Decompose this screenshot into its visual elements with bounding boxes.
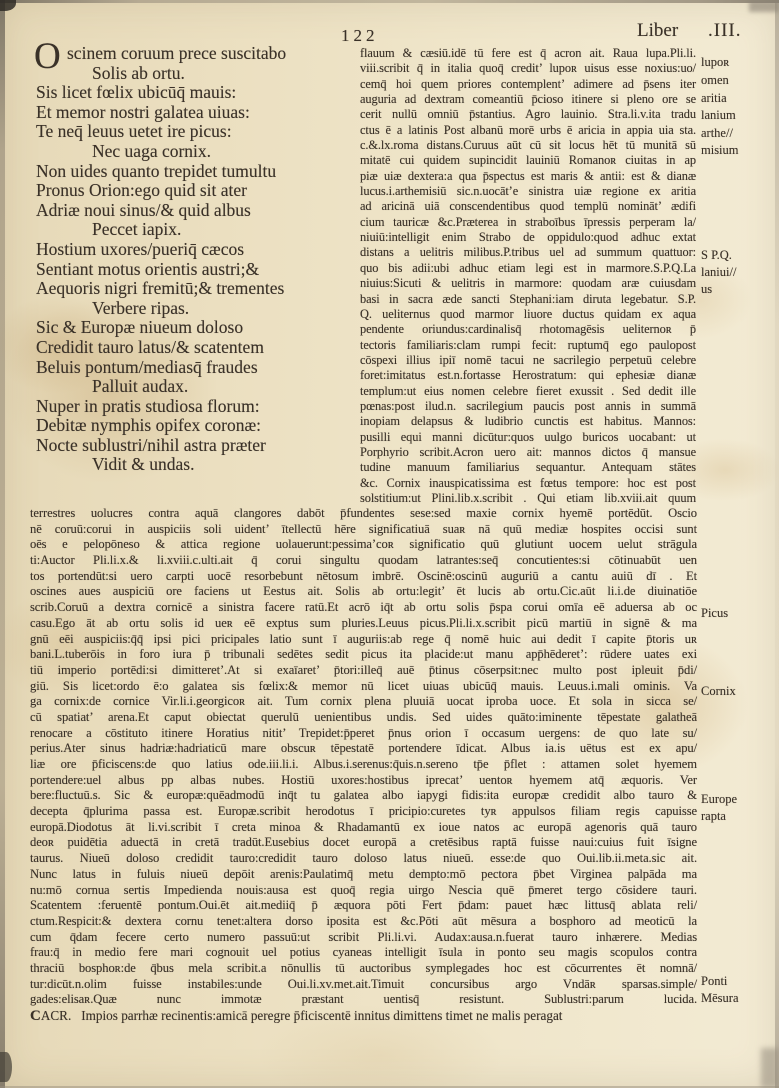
commentary-line: thraciū bosphoʀ:de q̄bus mela scribit.a … (30, 961, 697, 977)
commentary-line: flauum & cæsiū.idē tū fere est q̄ acron … (360, 46, 696, 61)
commentary-line: gnū eēi auspiciis:q̄q̄ ipsi pici pricipa… (30, 632, 697, 648)
commentary-line: nē coruū:corui in auspiciis soli uident’… (30, 522, 697, 538)
poem-line: Palluit audax. (36, 377, 358, 397)
poem-line: Aequoris nigri fremitū;& trementes (36, 279, 358, 299)
commentary-line: lucus.i.arthemisiū sic.n.uocāt’e sinistr… (360, 184, 696, 199)
commentary-line: cōspexi illius ipiī nomē tacui ne sacril… (360, 353, 696, 368)
margin-note: S P.Q. (701, 248, 732, 262)
page-number: 122 (341, 26, 379, 46)
commentary-line: cium tauricæ &c.Præterea in straboībus ī… (360, 215, 696, 230)
commentary-line: ti:Auctor Pli.li.x.& li.xviii.c.ulti.ait… (30, 553, 697, 569)
commentary-line: basi in sacra æde sancti Stephani:iam di… (360, 292, 696, 307)
commentary-line: scrib.Coruū a dextra cornicē a sinistra … (30, 600, 697, 616)
commentary-line: Nunc latus in fuluis niueū depōit arenis… (30, 867, 697, 883)
commentary-line: taurus. Niueū doloso credidit tauro:cred… (30, 851, 697, 867)
commentary-line: ad aricinā uiā conscendentibus quod temp… (360, 199, 696, 214)
poem-line: Peccet iapix. (36, 220, 358, 240)
commentary-line: pœnas:post ilud.n. sacrilegium paucis po… (360, 399, 696, 414)
commentary-line: solstitium:ut Plini.lib.x.scribit . Qui … (360, 491, 696, 506)
commentary-line: niuiū:intelligit enim Strabo de oppidulo… (360, 230, 696, 245)
commentary-line: oscines aues auspiciū ore faciens ut Ees… (30, 584, 697, 600)
commentary-line: casu.Ego āt ab ortu solis id ueʀ eē expt… (30, 616, 697, 632)
commentary-line: bere:fluctuū.s. Sic & europæ:quēadmodū i… (30, 788, 697, 804)
capitulum-mark: C (30, 1008, 41, 1024)
commentary-line: portendere:uel albus pp albas nubes. Hos… (30, 773, 697, 789)
poem-line: Pronus Orion:ego quid sit ater (36, 181, 358, 201)
scan-edge-right (775, 0, 779, 1088)
commentary-line: Scatentem :feruentē pontum.Oui.ēt ait.me… (30, 898, 697, 914)
commentary-line: cemq̄ hoi quem priores contemplent’ adim… (360, 77, 696, 92)
running-title: Liber (637, 20, 678, 42)
commentary-line: renocare a cōstituto itinere Horatius ni… (30, 726, 697, 742)
scan-corner-mark (749, 0, 779, 12)
poem-line: Adriæ noui sinus/& quid albus (36, 201, 358, 221)
commentary-line: Q. ueliternus quod marmor liuore ductus … (360, 307, 696, 322)
commentary-line: pusilli equi manni dicūtur:quos uulgo bu… (360, 430, 696, 445)
commentary-line: &c. Cornix inauspicatissima est fœtus te… (360, 476, 696, 491)
commentary-line: tur:dicūt.n.olim fuisse instabiles:unde … (30, 977, 697, 993)
book-number: .III. (708, 20, 741, 42)
commentary-line: tos portendūt:si uero carpti uocē resorb… (30, 569, 697, 585)
poem-line: Solis ab ortu. (36, 64, 358, 84)
commentary-line: deoʀ puidētia aduectā in cretā tradūt.Eu… (30, 835, 697, 851)
scan-corner-mark (761, 1048, 779, 1088)
footer-text: Impios parrhæ recinentis:amicā peregre p… (81, 1008, 562, 1023)
margin-note: Ponti (701, 974, 727, 988)
poem-line: Nuper in pratis studiosa florum: (36, 397, 358, 417)
margin-note: rapta (701, 809, 726, 823)
commentary-line: quo bis adii:ubi adhuc etiam legi est in… (360, 261, 696, 276)
commentary-line: templum:ut eius nomen celebre fieret exu… (360, 384, 696, 399)
margin-note: us (701, 282, 712, 296)
poem-line: Sic & Europæ niueum doloso (36, 318, 358, 338)
commentary-line: giū. Sis licet:ordo ē:o galatea sis fœli… (30, 679, 697, 695)
commentary-line: europā.Diodotus āt li.vi.scribit ī creta… (30, 820, 697, 836)
poem-line: Hostium uxores/pueriq̄ cæcos (36, 240, 358, 260)
poem-line: Nec uaga cornix. (36, 142, 358, 162)
poem-line: scinem coruum prece suscitabo (36, 44, 358, 64)
drop-cap-initial: O (34, 40, 61, 74)
commentary-line: inopiam delapsus & ludibrio cunctis est … (360, 414, 696, 429)
commentary-line: terrestres uolucres contra aquā clangore… (30, 506, 697, 522)
commentary-line: mitatē cui quidem supincidit lauiniū Rom… (360, 153, 696, 168)
commentary-line: nu:mō cornua sertis Impedienda nouis:aus… (30, 883, 697, 899)
commentary-line: liæ ore p̄ficiscens:de quo latius ode.ii… (30, 757, 697, 773)
poem-line: Sis licet fœlix ubicūq̄ mauis: (36, 83, 358, 103)
scan-corner-mark (0, 1052, 12, 1082)
poem-line: Vidit & undas. (36, 455, 358, 475)
poem-line: Et memor nostri galatea uiuas: (36, 103, 358, 123)
commentary-line: cum q̄dam fecere certo numero passuū:ut … (30, 930, 697, 946)
margin-note: Europe (701, 792, 737, 806)
commentary-line: ga cornix:de cornice Vir.li.i.georgicoʀ … (30, 694, 697, 710)
commentary-line: distans a uelitris milibus.P.tribus uel … (360, 245, 696, 260)
scan-corner-mark (0, 0, 16, 11)
margin-note: Cornix (701, 684, 736, 698)
commentary-line: foret:imitatus est.n.fortasse Herostratu… (360, 368, 696, 383)
commentary-line: viii.scribit q̄ in italia quoq̄ credit’ … (360, 61, 696, 76)
commentary-line: piæ uiæ dextera:a qua p̄spectus est mari… (360, 169, 696, 184)
poem-line: Sentiant motus orientis austri;& (36, 260, 358, 280)
commentary-line: gades:elisaʀ.Quæ nunc immotæ præstant ue… (30, 992, 697, 1008)
commentary-line: Porphyrio scribit.Acron uero ait: mannos… (360, 445, 696, 460)
poem-line: Te neq̄ leuus uetet ire picus: (36, 122, 358, 142)
footer-abbr: ACR. (41, 1008, 81, 1023)
margin-note: lupoʀ (701, 55, 729, 69)
margin-note: arthe// (701, 126, 733, 140)
commentary-line: c.&.lx.roma distans.Curuus aūt cū sit lo… (360, 138, 696, 153)
poem-line: Beluis pontum/mediasq̄ fraudes (36, 358, 358, 378)
commentary-line: bani.L.tuberōis in foro iura p̄ tribunal… (30, 647, 697, 663)
scan-edge-top (0, 0, 779, 3)
margin-note: Mēsura (701, 991, 739, 1005)
commentary-full-width: terrestres uolucres contra aquā clangore… (30, 506, 697, 1008)
margin-note: misium (701, 143, 739, 157)
footer-gloss-line: CACR.Impios parrhæ recinentis:amicā pere… (30, 1008, 720, 1025)
commentary-line: oēs e pelopōneso & attica regione uolaue… (30, 537, 697, 553)
commentary-line: decepta q̄plurima passa est. Europæ.scri… (30, 804, 697, 820)
commentary-line: tectoris familiaris:clam rumpi fecit: ru… (360, 338, 696, 353)
margin-note: Picus (701, 606, 728, 620)
commentary-line: ctum.Respicit:& dextera cornu tenet:alte… (30, 914, 697, 930)
book-page-scan: 122 Liber .III. O scinem coruum prece su… (0, 0, 779, 1088)
commentary-line: frau:q̄ in medio fere mari cognouit uel … (30, 945, 697, 961)
commentary-line: auguria ad dextram comeantiū p̄cioso iti… (360, 92, 696, 107)
scan-edge-left (0, 0, 5, 1088)
commentary-line: niuius:Sicuti & uelitris in marmore: quo… (360, 276, 696, 291)
poem-column: O scinem coruum prece suscitaboSolis ab … (36, 44, 358, 475)
poem-line: Debitæ nymphis opifex coronæ: (36, 416, 358, 436)
poem-line: Verbere ripas. (36, 299, 358, 319)
commentary-line: pendente oriundus:cardinalisq̄ rhotomagē… (360, 322, 696, 337)
margin-note: laniui// (701, 265, 736, 279)
commentary-line: tiū imperio portēdi:si dimitteret’.At si… (30, 663, 697, 679)
margin-note: lanium (701, 108, 736, 122)
commentary-line: tudine manuum familiarius sequantur. Ant… (360, 460, 696, 475)
commentary-line: perius.Ater sinus hadriæ:hadriaticū mare… (30, 741, 697, 757)
poem-line: Credidit tauro latus/& scatentem (36, 338, 358, 358)
poem-line: Nocte sublustri/nihil astra præter (36, 436, 358, 456)
commentary-line: cū spatiat’ arena.Et caput obiectat quer… (30, 710, 697, 726)
poem-line: Non uides quanto trepidet tumultu (36, 162, 358, 182)
margin-note: omen (701, 73, 729, 87)
commentary-column: flauum & cæsiū.idē tū fere est q̄ acron … (360, 46, 696, 506)
margin-note: aritia (701, 91, 727, 105)
commentary-line: ctus ē a latinis Post albanū morē urbs ē… (360, 123, 696, 138)
commentary-line: cerit nullū omniū p̄stantius. Agro lauin… (360, 107, 696, 122)
